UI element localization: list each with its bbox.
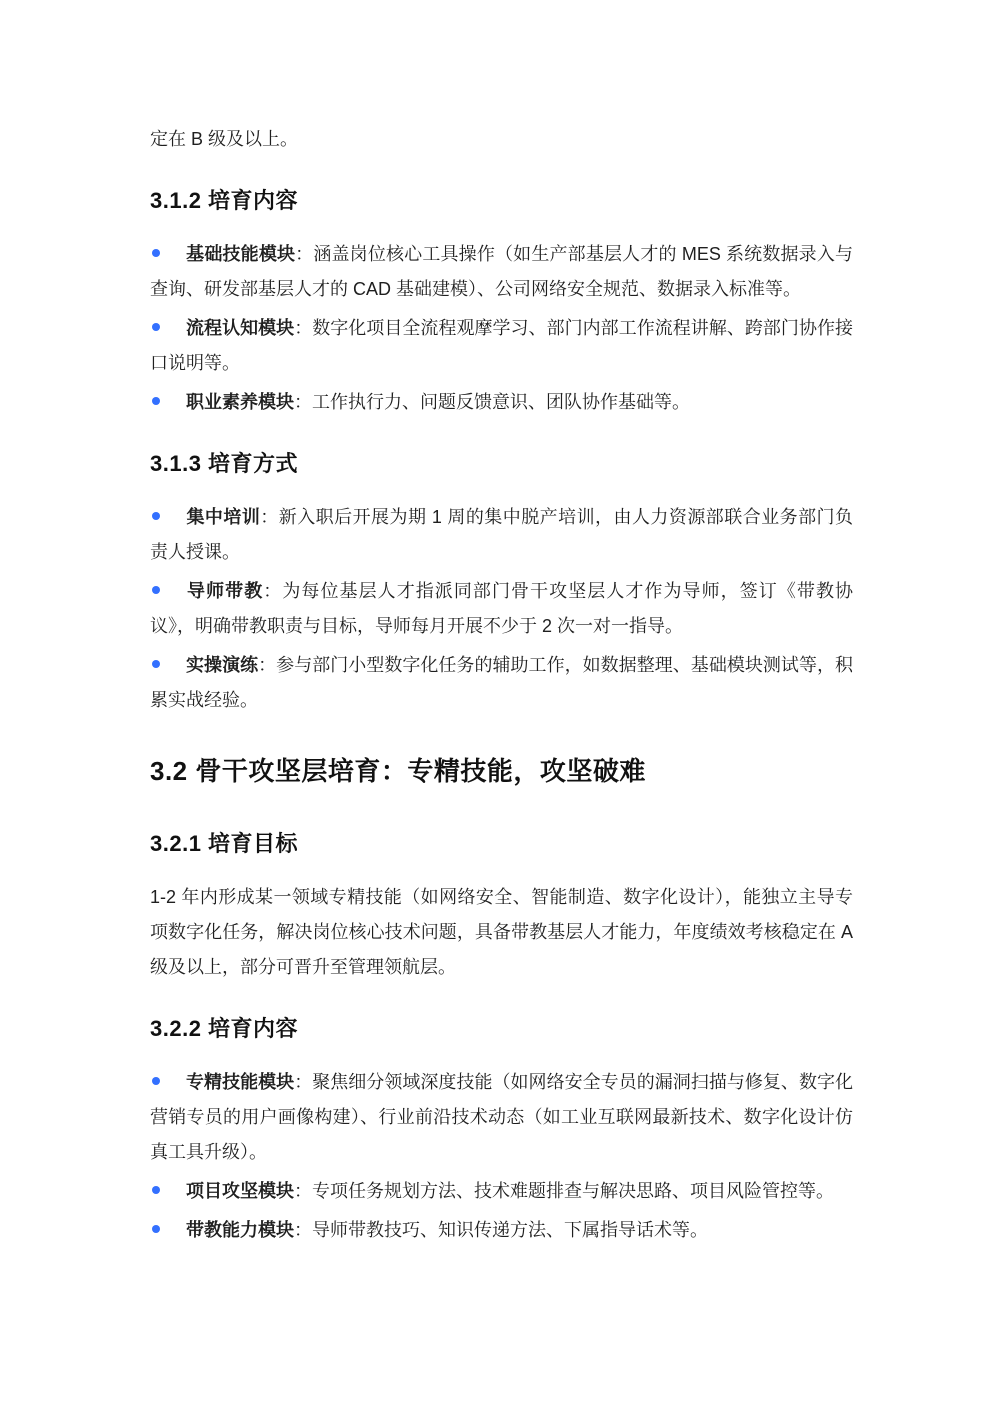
bullet-text: ：导师带教技巧、知识传递方法、下属指导话术等。	[294, 1220, 708, 1240]
bullet-icon	[152, 323, 160, 331]
bullet-label: 集中培训	[186, 507, 260, 527]
heading-3-2: 3.2 骨干攻坚层培育：专精技能，攻坚破难	[150, 754, 853, 788]
list-item: 实操演练：参与部门小型数字化任务的辅助工作，如数据整理、基础模块测试等，积累实战…	[150, 648, 853, 718]
goal-paragraph: 1-2 年内形成某一领域专精技能（如网络安全、智能制造、数字化设计），能独立主导…	[150, 880, 853, 985]
bullet-text: ：工作执行力、问题反馈意识、团队协作基础等。	[294, 392, 690, 412]
document-page: 定在 B 级及以上。 3.1.2 培育内容 基础技能模块：涵盖岗位核心工具操作（…	[0, 0, 1000, 1414]
list-item: 导师带教：为每位基层人才指派同部门骨干攻坚层人才作为导师，签订《带教协议》，明确…	[150, 574, 853, 644]
list-item: 职业素养模块：工作执行力、问题反馈意识、团队协作基础等。	[150, 385, 853, 420]
bullet-icon	[152, 586, 160, 594]
heading-3-1-3: 3.1.3 培育方式	[150, 450, 853, 478]
bullet-label: 专精技能模块	[186, 1072, 294, 1092]
bullet-list-training-content-basic: 基础技能模块：涵盖岗位核心工具操作（如生产部基层人才的 MES 系统数据录入与查…	[150, 237, 853, 420]
bullet-label: 导师带教	[186, 581, 263, 601]
bullet-icon	[152, 249, 160, 257]
heading-3-2-2: 3.2.2 培育内容	[150, 1015, 853, 1043]
intro-paragraph: 定在 B 级及以上。	[150, 122, 853, 157]
bullet-label: 基础技能模块	[186, 244, 295, 264]
bullet-label: 项目攻坚模块	[186, 1181, 294, 1201]
bullet-icon	[152, 660, 160, 668]
bullet-icon	[152, 1186, 160, 1194]
bullet-icon	[152, 1077, 160, 1085]
bullet-text: ：专项任务规划方法、技术难题排查与解决思路、项目风险管控等。	[294, 1181, 834, 1201]
list-item: 流程认知模块：数字化项目全流程观摩学习、部门内部工作流程讲解、跨部门协作接口说明…	[150, 311, 853, 381]
list-item: 带教能力模块：导师带教技巧、知识传递方法、下属指导话术等。	[150, 1213, 853, 1248]
bullet-icon	[152, 397, 160, 405]
bullet-list-training-methods: 集中培训：新入职后开展为期 1 周的集中脱产培训，由人力资源部联合业务部门负责人…	[150, 500, 853, 718]
bullet-icon	[152, 1225, 160, 1233]
heading-3-2-1: 3.2.1 培育目标	[150, 830, 853, 858]
list-item: 集中培训：新入职后开展为期 1 周的集中脱产培训，由人力资源部联合业务部门负责人…	[150, 500, 853, 570]
bullet-icon	[152, 512, 160, 520]
bullet-label: 职业素养模块	[186, 392, 294, 412]
bullet-label: 实操演练	[186, 655, 258, 675]
bullet-list-training-content-backbone: 专精技能模块：聚焦细分领域深度技能（如网络安全专员的漏洞扫描与修复、数字化营销专…	[150, 1065, 853, 1248]
bullet-label: 流程认知模块	[186, 318, 294, 338]
bullet-label: 带教能力模块	[186, 1220, 294, 1240]
list-item: 基础技能模块：涵盖岗位核心工具操作（如生产部基层人才的 MES 系统数据录入与查…	[150, 237, 853, 307]
heading-3-1-2: 3.1.2 培育内容	[150, 187, 853, 215]
list-item: 专精技能模块：聚焦细分领域深度技能（如网络安全专员的漏洞扫描与修复、数字化营销专…	[150, 1065, 853, 1170]
list-item: 项目攻坚模块：专项任务规划方法、技术难题排查与解决思路、项目风险管控等。	[150, 1174, 853, 1209]
